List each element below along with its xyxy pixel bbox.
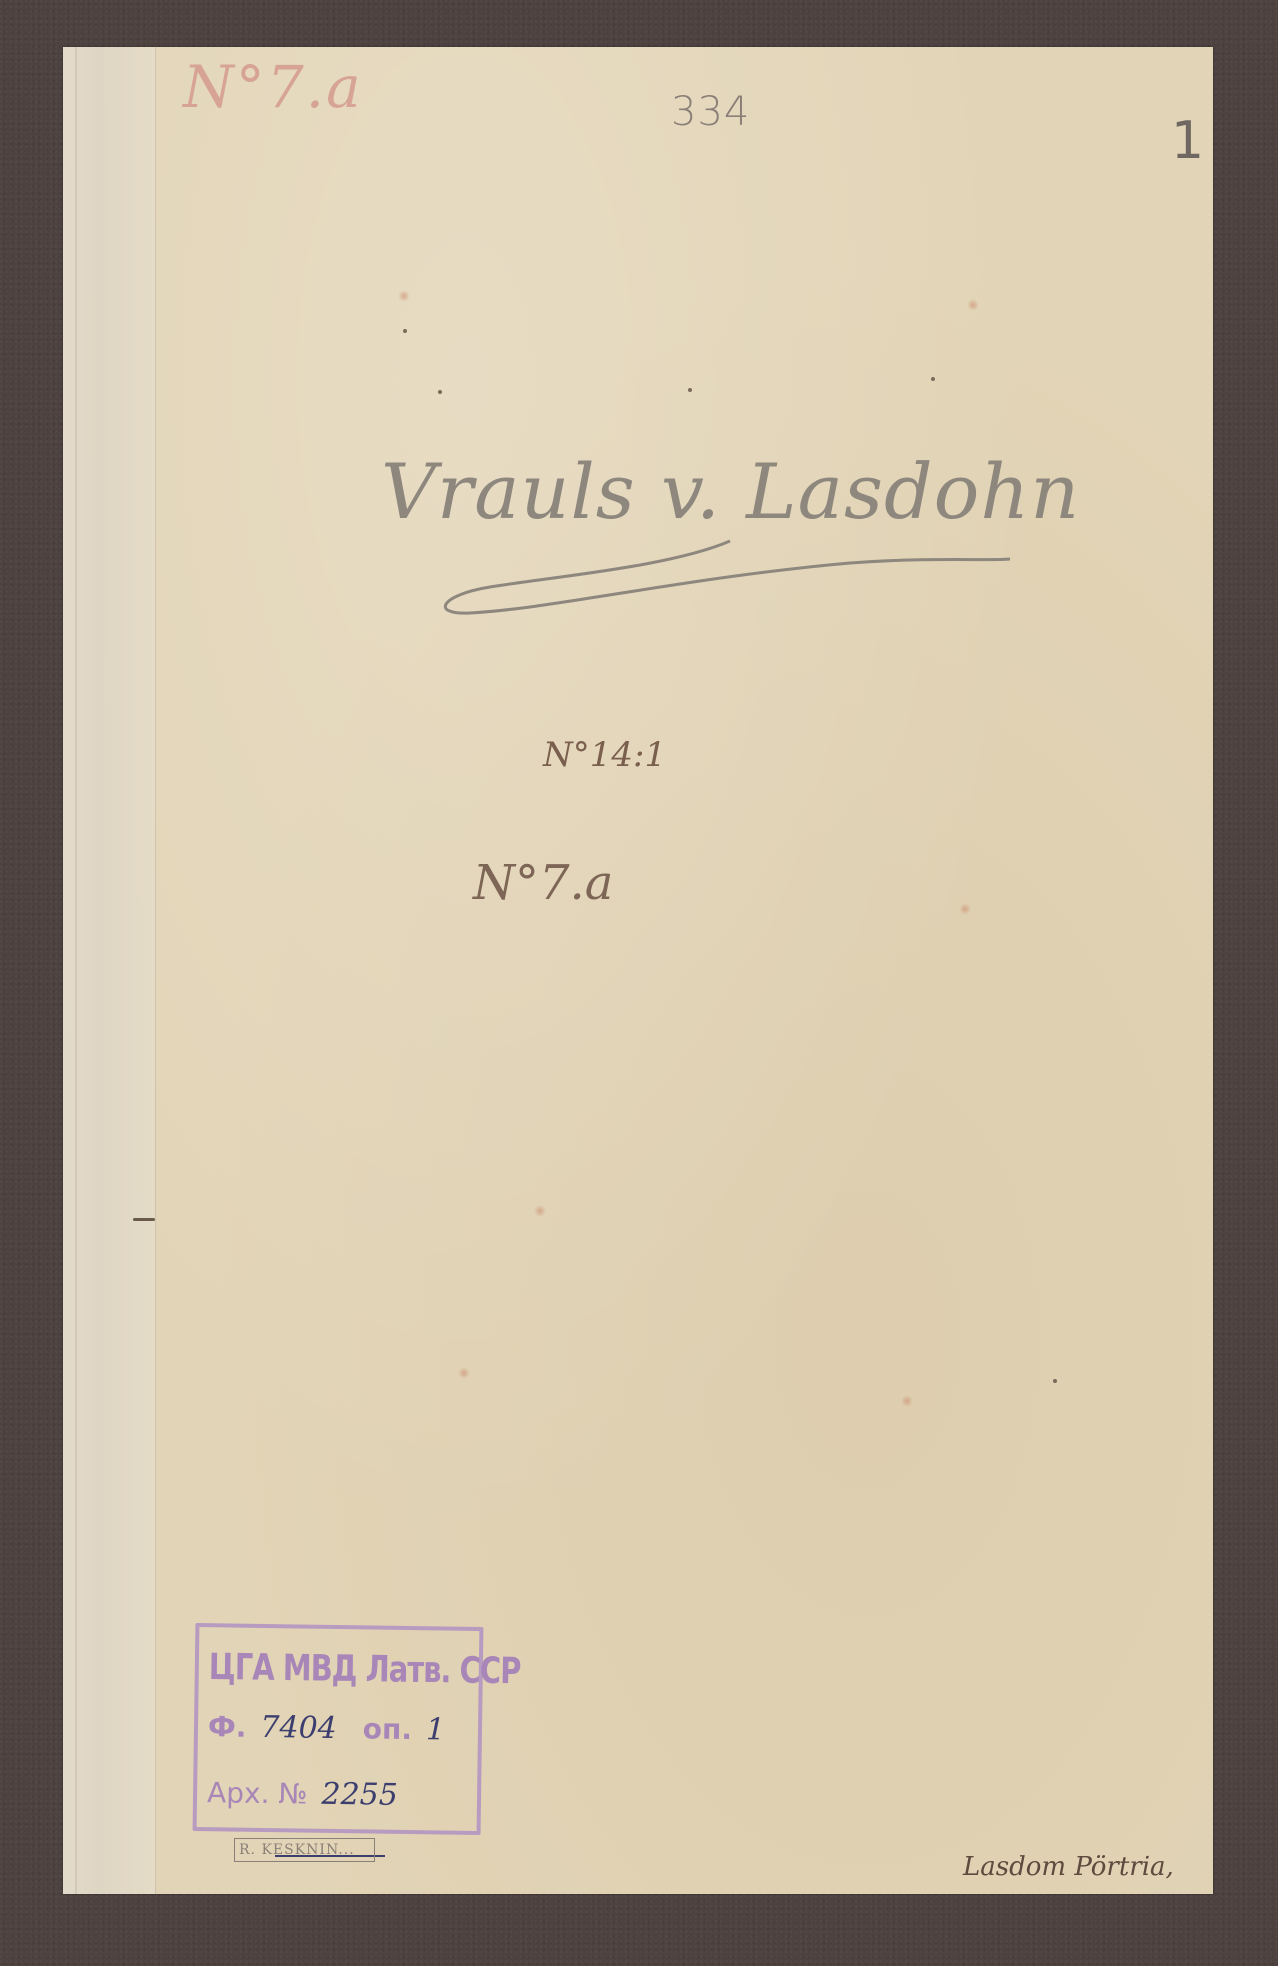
stamp-opis-label: оп. — [363, 1712, 413, 1746]
reference-number-7a: N°7.a — [473, 855, 613, 911]
binding-tape-strip — [63, 47, 156, 1894]
foxing-spot — [458, 1367, 470, 1379]
ink-speck — [931, 377, 935, 381]
stamp-arch-value: 2255 — [321, 1777, 398, 1813]
stamp-archive-number-row: Арх. №2255 — [207, 1775, 398, 1813]
foxing-spot — [398, 290, 410, 302]
document-title-pencil: Vrauls v. Lasdohn — [381, 447, 1080, 536]
stamp-archive-name: ЦГА МВД Латв. ССР — [209, 1645, 521, 1692]
foxing-spot — [534, 1205, 546, 1217]
ink-speck — [403, 329, 407, 333]
folio-number: 334 — [671, 89, 750, 135]
ink-speck — [438, 390, 442, 394]
foxing-spot — [959, 903, 971, 915]
archive-stamp: ЦГА МВД Латв. ССР Ф.7404оп.1 Арх. №2255 — [193, 1623, 484, 1835]
stamp-fond-row: Ф.7404оп.1 — [208, 1709, 446, 1747]
foxing-spot — [967, 299, 979, 311]
name-stamp: R. KESKNIN... — [234, 1838, 375, 1862]
tape-edge-line — [75, 47, 77, 1894]
stamp-fond-label: Ф. — [208, 1710, 247, 1744]
foxing-spot — [901, 1395, 913, 1407]
stamp-opis-value: 1 — [426, 1712, 446, 1747]
top-right-mark: 1 — [1171, 111, 1204, 171]
stamp-fond-value: 7404 — [260, 1710, 337, 1746]
title-flourish-underline — [430, 537, 1030, 617]
ink-speck — [1053, 1379, 1057, 1383]
margin-mark — [133, 1218, 155, 1221]
document-page: N°7.a 334 1 Vrauls v. Lasdohn N°14:1 N°7… — [63, 47, 1213, 1894]
ink-speck — [688, 388, 692, 392]
stamp-arch-label: Арх. № — [207, 1776, 308, 1810]
bottom-signature: Lasdom Pörtria, — [963, 1852, 1174, 1882]
red-pencil-number: N°7.a — [183, 53, 363, 121]
reference-number-14: N°14:1 — [543, 735, 666, 775]
